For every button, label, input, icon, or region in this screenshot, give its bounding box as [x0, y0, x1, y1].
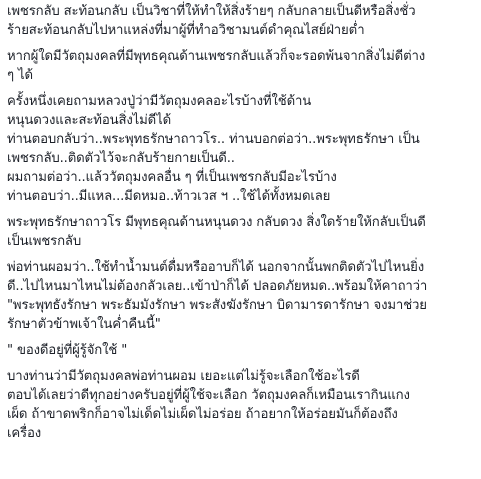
paragraph-quote: " ของดีอยู่ที่ผู้รู้จักใช้ " [7, 341, 470, 360]
text-line: รักษาตัวข้าพเจ้าในค่ำคืนนี้" [7, 315, 470, 334]
text-line: ๆ ได้ [7, 66, 470, 85]
text-line: เป็นเพชรกลับ [7, 232, 470, 251]
text-line: ผมถามต่อว่า..แล้ววัตถุมงคลอื่น ๆ ที่เป็น… [7, 168, 470, 187]
text-line: ดี..ไปไหนมาไหนไม่ต้องกลัวเลย..เข้าป่าก็ไ… [7, 277, 470, 296]
text-line: เครื่อง [7, 424, 470, 443]
text-line: ร้ายสะท้อนกลับไปหาแหล่งที่มาผู้ที่ทำอวิช… [7, 21, 470, 40]
text-line: ท่านตอบว่า..มีแหล...มีดหมอ..ท้าวเวส ฯ ..… [7, 187, 470, 206]
text-line: ครั้งหนึ่งเคยถามหลวงปู่ว่ามีวัตถุมงคลอะไ… [7, 92, 470, 111]
text-line: เพชรกลับ สะท้อนกลับ เป็นวิชาที่ให้ทำให้ส… [7, 2, 470, 21]
text-line: "พระพุทธังรักษา พระธัมมังรักษา พระสังฆัง… [7, 296, 470, 315]
text-line: พ่อท่านผอมว่า..ใช้ทำน้ำมนต์ดื่มหรืออาบก็… [7, 258, 470, 277]
text-line: " ของดีอยู่ที่ผู้รู้จักใช้ " [7, 341, 470, 360]
paragraph-conversation: ครั้งหนึ่งเคยถามหลวงปู่ว่ามีวัตถุมงคลอะไ… [7, 92, 470, 206]
text-line: เพชรกลับ..ติดตัวไว้จะกลับร้ายกายเป็นดี.. [7, 149, 470, 168]
paragraph-closing: บางท่านว่ามีวัตถุมงคลพ่อท่านผอม เยอะแต่ไ… [7, 367, 470, 443]
post-body: เพชรกลับ สะท้อนกลับ เป็นวิชาที่ให้ทำให้ส… [0, 0, 470, 443]
paragraph-amulet: พระพุทธรักษาถาวโร มีพุทธคุณด้านหนุนดวง ก… [7, 213, 470, 251]
text-line: บางท่านว่ามีวัตถุมงคลพ่อท่านผอม เยอะแต่ไ… [7, 367, 470, 386]
text-line: เผ็ด ถ้าขาดพริกก็อาจไม่เด็ดไม่เผ็ดไม่อร่… [7, 405, 470, 424]
text-line: หนุนดวงและสะท้อนสิ่งไม่ดีได้ [7, 111, 470, 130]
paragraph-usage: พ่อท่านผอมว่า..ใช้ทำน้ำมนต์ดื่มหรืออาบก็… [7, 258, 470, 334]
paragraph-benefit: หากผู้ใดมีวัตถุมงคลที่มีพุทธคุณด้านเพชรก… [7, 47, 470, 85]
paragraph-intro: เพชรกลับ สะท้อนกลับ เป็นวิชาที่ให้ทำให้ส… [7, 2, 470, 40]
text-line: หากผู้ใดมีวัตถุมงคลที่มีพุทธคุณด้านเพชรก… [7, 47, 470, 66]
text-line: ท่านตอบกลับว่า..พระพุทธรักษาถาวโร.. ท่าน… [7, 130, 470, 149]
text-line: พระพุทธรักษาถาวโร มีพุทธคุณด้านหนุนดวง ก… [7, 213, 470, 232]
text-line: ตอบได้เลยว่าดีทุกอย่างครับอยู่ที่ผู้ใช้จ… [7, 386, 470, 405]
